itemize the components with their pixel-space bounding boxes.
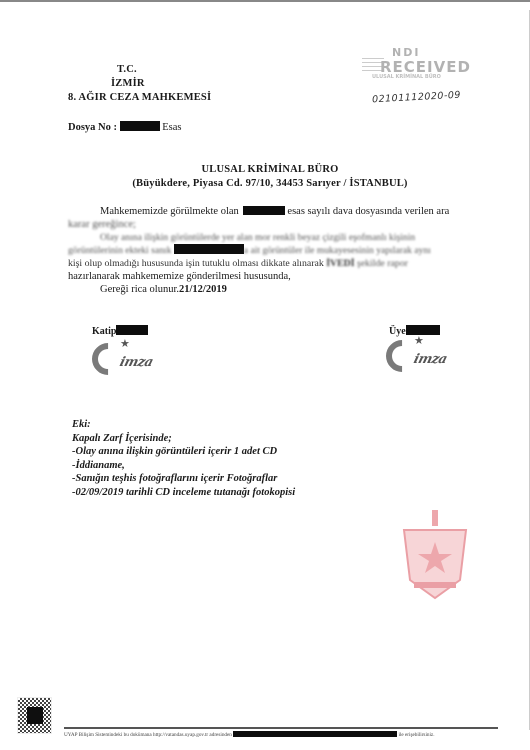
p2-line3-urgent: İVEDİ xyxy=(326,258,354,269)
footer-text-start: UYAP Bilişim Sistemindeki bu dokümana ht… xyxy=(64,732,232,738)
signature-clerk-role: Katip xyxy=(92,326,116,337)
body-paragraph-1-line2: karar gereğince; xyxy=(68,218,136,232)
body-paragraph-2-line3: kişi olup olmadığı hususunda işin tutukl… xyxy=(68,257,408,271)
footer-text-end: ile erişebilirsiniz. xyxy=(399,732,435,738)
e-signature-label: imza xyxy=(412,352,449,367)
stamp-handwritten-number: 02101112020-09 xyxy=(372,90,461,106)
attachment-item: -İddianame, xyxy=(72,459,295,473)
e-signature-label: imza xyxy=(118,355,155,370)
emblem-ribbon xyxy=(414,582,456,588)
p2-line2-end: a ait görüntüler ile mukayesesinin yapıl… xyxy=(244,245,431,256)
attachments-subtitle: Kapalı Zarf İçerisinde; xyxy=(72,432,295,446)
e-signature-clerk: ★ imza xyxy=(92,337,162,379)
sword-hilt xyxy=(432,510,438,526)
file-number: Dosya No : Esas xyxy=(68,121,182,133)
received-stamp: NDI RECEIVED ULUSAL KRİMİNAL BÜRO xyxy=(362,46,472,86)
attachments-title: Eki: xyxy=(72,418,295,432)
closing-text: Gereği rica olunur. xyxy=(100,284,179,295)
addressee-name: ULUSAL KRİMİNAL BÜRO xyxy=(0,164,530,175)
redaction-clerk-name xyxy=(116,325,148,335)
redaction-document-code xyxy=(233,731,397,737)
redaction-defendant-name xyxy=(174,244,244,254)
body-paragraph-2-line2: görüntülerinin ekteki sanık a ait görünt… xyxy=(68,244,431,258)
e-signature-member: ★ imza xyxy=(386,334,456,376)
header-tc: T.C. xyxy=(117,64,137,75)
p1-start: Mahkememizde görülmekte olan xyxy=(100,206,239,217)
star-icon: ★ xyxy=(120,337,130,350)
header-city: İZMİR xyxy=(111,78,145,89)
attachments: Eki: Kapalı Zarf İçerisinde; -Olay anına… xyxy=(72,418,295,499)
body-paragraph-2-line4: hazırlanarak mahkememize gönderilmesi hu… xyxy=(68,270,291,284)
file-number-label: Dosya No : xyxy=(68,122,117,133)
document-date: 21/12/2019 xyxy=(179,284,227,295)
addressee-address: (Büyükdere, Piyasa Cd. 97/10, 34453 Sarı… xyxy=(0,178,530,189)
star-icon: ★ xyxy=(414,334,424,347)
page-top-edge xyxy=(0,0,530,2)
header-court-name: 8. AĞIR CEZA MAHKEMESİ xyxy=(68,92,211,103)
footer-uyap-note: UYAP Bilişim Sistemindeki bu dokümana ht… xyxy=(64,731,435,738)
attachment-item: -02/09/2019 tarihli CD inceleme tutanağı… xyxy=(72,486,295,500)
police-emblem-stamp xyxy=(398,510,472,602)
redaction-file-number xyxy=(120,121,160,131)
redaction-case-number xyxy=(243,206,285,215)
body-paragraph-2-line1: Olay anına ilişkin görüntülerde yer alan… xyxy=(100,231,415,245)
qr-code xyxy=(17,697,52,734)
p2-line3-end: şekilde rapor xyxy=(357,258,408,269)
body-paragraph-1: Mahkememizde görülmekte olan esas sayılı… xyxy=(100,205,449,219)
p1-end: esas sayılı dava dosyasında verilen ara xyxy=(287,206,449,217)
file-number-suffix: Esas xyxy=(162,122,181,133)
p2-line2-start: görüntülerinin ekteki sanık xyxy=(68,245,171,256)
attachment-item: -Olay anına ilişkin görüntüleri içerir 1… xyxy=(72,445,295,459)
attachment-item: -Sanığın teşhis fotoğraflarını içerir Fo… xyxy=(72,472,295,486)
p2-line3-start: kişi olup olmadığı hususunda işin tutukl… xyxy=(68,258,324,269)
stamp-line3: ULUSAL KRİMİNAL BÜRO xyxy=(372,74,441,80)
footer-divider xyxy=(64,727,498,729)
body-closing: Gereği rica olunur.21/12/2019 xyxy=(100,283,227,297)
